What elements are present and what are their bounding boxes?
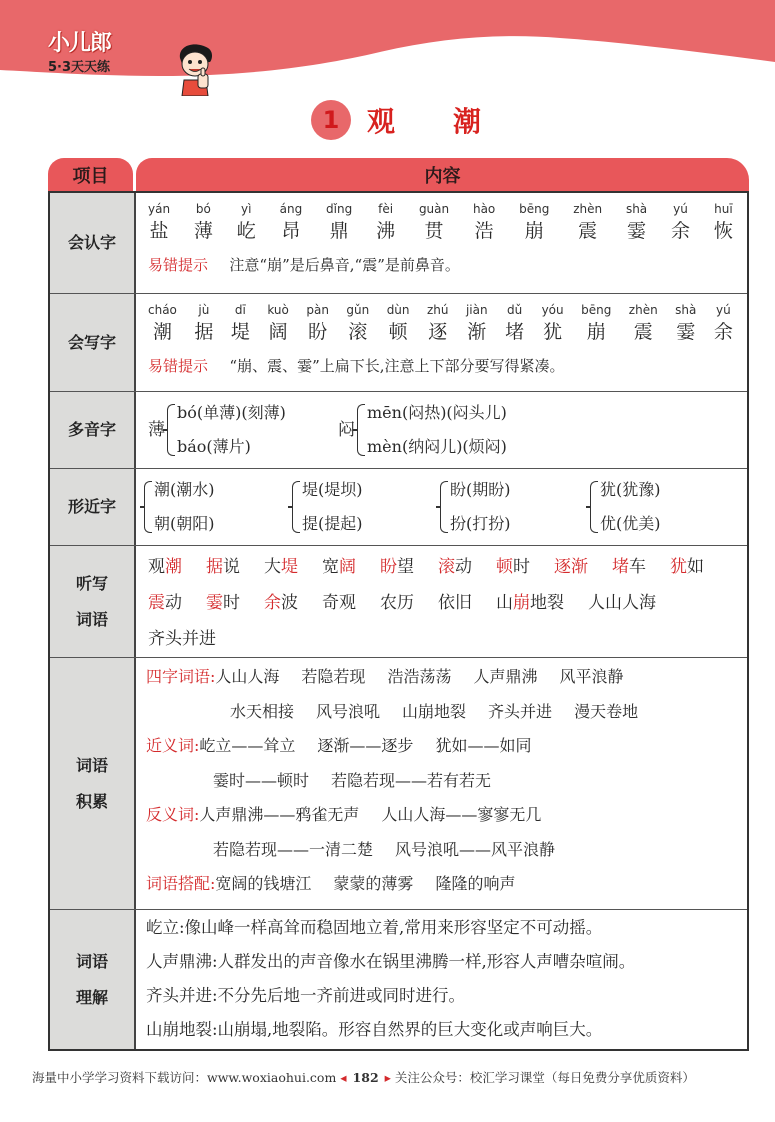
word-entry: 风号浪吼——风平浪静 [395, 840, 555, 859]
word-entry: 水天相接 [230, 702, 294, 721]
hanzi: 余 [671, 217, 690, 245]
similar-group: 盼(期盼) 扮(打扮) [440, 473, 590, 541]
word-entry: 风号浪吼 [316, 702, 380, 721]
pinyin-char: yì屹 [237, 201, 256, 245]
hanzi: 昂 [281, 217, 300, 245]
pinyin: shà [626, 201, 647, 217]
dictation-word: 奇观 [322, 593, 356, 613]
antonyms-cont: 若隐若现——一清二楚风号浪吼——风平浪静 [146, 833, 737, 868]
pinyin-char: dī堤 [231, 302, 250, 346]
synonyms: 近义词:屹立——耸立逐渐——逐步犹如——如同 [146, 729, 737, 764]
pinyin-char: zhèn震 [629, 302, 658, 346]
hanzi: 贯 [425, 217, 444, 245]
row-label: 词语 理解 [50, 910, 136, 1049]
pinyin: bēng [581, 302, 611, 318]
pinyin: dǔ [507, 302, 522, 318]
dictation-word: 滚动 [438, 557, 472, 577]
column-header-content: 内容 [136, 158, 749, 191]
tip-label: 易错提示 [148, 357, 208, 375]
similar-char-line: 犹(犹豫) [600, 473, 661, 507]
similar-group: 潮(潮水) 朝(朝阳) [144, 473, 292, 541]
four-char-words-cont: 水天相接风号浪吼山崩地裂齐头并进漫天卷地 [146, 695, 737, 730]
word-entry: 人山人海——寥寥无几 [381, 805, 541, 824]
hanzi: 盐 [150, 217, 169, 245]
pinyin-char-grid: yán盐bó薄yì屹áng昂dǐng鼎fèi沸guàn贯hào浩bēng崩zhè… [148, 201, 737, 245]
hanzi: 沸 [376, 217, 395, 245]
brace-icon [440, 481, 448, 533]
word-entry: 若隐若现——一清二楚 [213, 840, 373, 859]
category-label: 词语搭配: [146, 874, 215, 893]
polyphone-group: 薄 bó(单薄)(刻薄) báo(薄片) [148, 396, 338, 464]
row-word-understanding: 词语 理解 屹立:像山峰一样高耸而稳固地立着,常用来形容坚定不可动摇。 人声鼎沸… [50, 909, 747, 1049]
word-entry: 隆隆的响声 [435, 874, 515, 893]
hanzi: 浩 [475, 217, 494, 245]
dictation-word: 观潮 [148, 557, 182, 577]
mascot-boy-icon [174, 42, 216, 96]
footer-site-text: 海量中小学学习资料下载访问：www.woxiaohui.com [32, 1070, 336, 1085]
pinyin-char: áng昂 [280, 201, 303, 245]
pinyin-char: kuò阔 [267, 302, 289, 346]
row-word-accumulation: 词语 积累 四字词语:人山人海若隐若现浩浩荡荡人声鼎沸风平浪静 水天相接风号浪吼… [50, 657, 747, 909]
word-entry: 漫天卷地 [574, 702, 638, 721]
word-entry: 人声鼎沸 [473, 667, 537, 686]
pinyin-char: guàn贯 [419, 201, 449, 245]
hanzi: 薄 [194, 217, 213, 245]
pinyin: áng [280, 201, 303, 217]
pinyin-char-grid: cháo潮jù据dī堤kuò阔pàn盼gǔn滚dùn顿zhú逐jiàn渐dǔ堵y… [148, 302, 737, 346]
page-footer: 海量中小学学习资料下载访问：www.woxiaohui.com ◂ 182 ▸ … [32, 1068, 695, 1086]
row-label: 会写字 [50, 294, 136, 391]
row-similar-chars: 形近字 潮(潮水) 朝(朝阳) 堤(堤坝) 提(提起) [50, 468, 747, 545]
pinyin: yóu [542, 302, 564, 318]
hanzi: 堵 [505, 318, 524, 346]
label-line: 词语 [76, 602, 108, 638]
hanzi: 阔 [269, 318, 288, 346]
pinyin: zhú [427, 302, 449, 318]
page-number: 182 [353, 1070, 379, 1085]
pinyin-char: cháo潮 [148, 302, 177, 346]
word-entry: 屹立——耸立 [199, 736, 295, 755]
dictation-word: 盼望 [380, 557, 414, 577]
pinyin: fèi [378, 201, 393, 217]
word-entry: 风平浪静 [559, 667, 623, 686]
row-content: cháo潮jù据dī堤kuò阔pàn盼gǔn滚dùn顿zhú逐jiàn渐dǔ堵y… [136, 294, 747, 391]
dictation-word: 霎时 [206, 593, 240, 613]
category-label: 四字词语: [146, 667, 215, 686]
error-tip: 易错提示 注意“崩”是后鼻音,“震”是前鼻音。 [148, 251, 737, 279]
similar-group: 犹(犹豫) 优(优美) [590, 473, 661, 541]
pinyin: dùn [387, 302, 410, 318]
reading-line: mèn(纳闷儿)(烦闷) [367, 430, 507, 464]
definition-line: 人声鼎沸:人群发出的声音像水在锅里沸腾一样,形容人声嘈杂喧闹。 [146, 945, 737, 979]
row-content: 四字词语:人山人海若隐若现浩浩荡荡人声鼎沸风平浪静 水天相接风号浪吼山崩地裂齐头… [136, 658, 747, 909]
pinyin: yán [148, 201, 170, 217]
hanzi: 屹 [237, 217, 256, 245]
hanzi: 潮 [153, 318, 172, 346]
polyphone-group: 闷 mēn(闷热)(闷头儿) mèn(纳闷儿)(烦闷) [338, 396, 507, 464]
error-tip: 易错提示 “崩、震、霎”上扁下长,注意上下部分要写得紧凑。 [148, 352, 737, 380]
similar-char-line: 盼(期盼) [450, 473, 511, 507]
dictation-word: 齐头并进 [148, 629, 216, 649]
row-label: 词语 积累 [50, 658, 136, 909]
dictation-word: 顿时 [496, 557, 530, 577]
hanzi: 逐 [428, 318, 447, 346]
pinyin: zhèn [629, 302, 658, 318]
reading-line: báo(薄片) [177, 430, 286, 464]
pinyin: yú [716, 302, 731, 318]
brace-icon [357, 404, 365, 456]
pinyin-char: jù据 [194, 302, 213, 346]
row-label: 形近字 [50, 469, 136, 545]
row-write-chars: 会写字 cháo潮jù据dī堤kuò阔pàn盼gǔn滚dùn顿zhú逐jiàn渐… [50, 293, 747, 391]
similar-char-line: 朝(朝阳) [154, 507, 215, 541]
pinyin: shà [675, 302, 696, 318]
dictation-word: 余波 [264, 593, 298, 613]
row-content: 薄 bó(单薄)(刻薄) báo(薄片) 闷 mēn(闷热)(闷头儿) mèn(… [136, 392, 747, 468]
category-label: 近义词: [146, 736, 199, 755]
pinyin: guàn [419, 201, 449, 217]
hanzi: 崩 [525, 217, 544, 245]
word-entry: 若隐若现——若有若无 [331, 771, 491, 790]
dictation-word: 人山人海 [588, 593, 656, 613]
dictation-word: 大堤 [264, 557, 298, 577]
pinyin-char: yú余 [714, 302, 733, 346]
hanzi: 顿 [389, 318, 408, 346]
antonyms: 反义词:人声鼎沸——鸦雀无声人山人海——寥寥无几 [146, 798, 737, 833]
lesson-title: 1 观潮 [311, 100, 539, 140]
brace-icon [590, 481, 598, 533]
row-polyphones: 多音字 薄 bó(单薄)(刻薄) báo(薄片) 闷 mēn(闷热)(闷头儿) … [50, 391, 747, 468]
pinyin: bó [196, 201, 211, 217]
word-entry: 人山人海 [215, 667, 279, 686]
word-entry: 若隐若现 [301, 667, 365, 686]
pinyin-char: huī恢 [714, 201, 733, 245]
row-content: yán盐bó薄yì屹áng昂dǐng鼎fèi沸guàn贯hào浩bēng崩zhè… [136, 193, 747, 293]
similar-char-line: 堤(堤坝) [302, 473, 363, 507]
pinyin-char: yóu犹 [542, 302, 564, 346]
hanzi: 渐 [467, 318, 486, 346]
pinyin: kuò [267, 302, 289, 318]
pinyin-char: zhèn震 [573, 201, 602, 245]
dictation-word: 据说 [206, 557, 240, 577]
hanzi: 滚 [348, 318, 367, 346]
pinyin-char: bó薄 [194, 201, 213, 245]
pinyin-char: shà霎 [675, 302, 696, 346]
pinyin-char: dǔ堵 [505, 302, 524, 346]
dictation-word: 农历 [380, 593, 414, 613]
dictation-word: 宽阔 [322, 557, 356, 577]
pinyin-char: bēng崩 [581, 302, 611, 346]
lesson-number-badge: 1 [311, 100, 351, 140]
tip-text: “崩、震、霎”上扁下长,注意上下部分要写得紧凑。 [229, 357, 564, 375]
definition-line: 齐头并进:不分先后地一齐前进或同时进行。 [146, 979, 737, 1013]
dictation-line: 齐头并进 [148, 621, 737, 657]
label-line: 理解 [76, 980, 108, 1016]
reading-line: bó(单薄)(刻薄) [177, 396, 286, 430]
category-label: 反义词: [146, 805, 199, 824]
pinyin-char: shà霎 [626, 201, 647, 245]
collocations: 词语搭配:宽阔的钱塘江蒙蒙的薄雾隆隆的响声 [146, 867, 737, 902]
row-dictation: 听写 词语 观潮据说大堤宽阔盼望滚动顿时逐渐堵车犹如震动霎时余波奇观农历依旧山崩… [50, 545, 747, 657]
pinyin-char: fèi沸 [376, 201, 395, 245]
word-entry: 山崩地裂 [402, 702, 466, 721]
table-body: 会认字 yán盐bó薄yì屹áng昂dǐng鼎fèi沸guàn贯hào浩bēng… [48, 191, 749, 1051]
pinyin: gǔn [346, 302, 369, 318]
similar-char-line: 优(优美) [600, 507, 661, 541]
arrow-left-icon: ◂ [340, 1070, 346, 1085]
word-entry: 犹如——如同 [435, 736, 531, 755]
brand-subtitle: 5·3天天练 [48, 56, 110, 75]
brand-logo: 小儿郎 5·3天天练 [46, 22, 166, 82]
similar-char-line: 扮(打扮) [450, 507, 511, 541]
definition-line: 屹立:像山峰一样高耸而稳固地立着,常用来形容坚定不可动摇。 [146, 911, 737, 945]
pinyin: dǐng [326, 201, 352, 217]
word-entry: 蒙蒙的薄雾 [333, 874, 413, 893]
dictation-word: 依旧 [438, 593, 472, 613]
pinyin: dī [235, 302, 246, 318]
row-content: 观潮据说大堤宽阔盼望滚动顿时逐渐堵车犹如震动霎时余波奇观农历依旧山崩地裂人山人海… [136, 546, 747, 657]
brace-icon [292, 481, 300, 533]
similar-group: 堤(堤坝) 提(提起) [292, 473, 440, 541]
row-label: 多音字 [50, 392, 136, 468]
four-char-words: 四字词语:人山人海若隐若现浩浩荡荡人声鼎沸风平浪静 [146, 660, 737, 695]
pinyin-char: zhú逐 [427, 302, 449, 346]
dictation-word: 震动 [148, 593, 182, 613]
row-recognize-chars: 会认字 yán盐bó薄yì屹áng昂dǐng鼎fèi沸guàn贯hào浩bēng… [50, 193, 747, 293]
hanzi: 堤 [231, 318, 250, 346]
hanzi: 鼎 [330, 217, 349, 245]
pinyin: pàn [306, 302, 329, 318]
row-content: 潮(潮水) 朝(朝阳) 堤(堤坝) 提(提起) 盼(期盼) 扮(打扮) [136, 469, 747, 545]
pinyin: cháo [148, 302, 177, 318]
summary-table: 项目 内容 会认字 yán盐bó薄yì屹áng昂dǐng鼎fèi沸guàn贯hà… [48, 158, 749, 1051]
pinyin-char: pàn盼 [306, 302, 329, 346]
hanzi: 霎 [627, 217, 646, 245]
dictation-line: 观潮据说大堤宽阔盼望滚动顿时逐渐堵车犹如 [148, 549, 737, 585]
hanzi: 余 [714, 318, 733, 346]
row-label: 会认字 [50, 193, 136, 293]
label-line: 积累 [76, 784, 108, 820]
dictation-word: 犹如 [670, 557, 704, 577]
row-label: 听写 词语 [50, 546, 136, 657]
hanzi: 恢 [714, 217, 733, 245]
reading-line: mēn(闷热)(闷头儿) [367, 396, 507, 430]
pinyin-char: dùn顿 [387, 302, 410, 346]
pinyin: jiàn [466, 302, 488, 318]
tip-label: 易错提示 [148, 256, 208, 274]
column-header-item: 项目 [48, 158, 133, 191]
tip-text: 注意“崩”是后鼻音,“震”是前鼻音。 [229, 256, 459, 274]
pinyin-char: hào浩 [473, 201, 495, 245]
word-entry: 齐头并进 [488, 702, 552, 721]
pinyin: bēng [519, 201, 549, 217]
hanzi: 震 [578, 217, 597, 245]
hanzi: 崩 [587, 318, 606, 346]
pinyin: huī [714, 201, 733, 217]
dictation-line: 震动霎时余波奇观农历依旧山崩地裂人山人海 [148, 585, 737, 621]
row-content: 屹立:像山峰一样高耸而稳固地立着,常用来形容坚定不可动摇。 人声鼎沸:人群发出的… [136, 910, 747, 1049]
table-header: 项目 内容 [48, 158, 749, 191]
arrow-right-icon: ▸ [385, 1070, 391, 1085]
pinyin-char: dǐng鼎 [326, 201, 352, 245]
pinyin: zhèn [573, 201, 602, 217]
similar-char-line: 提(提起) [302, 507, 363, 541]
label-line: 听写 [76, 566, 108, 602]
pinyin: yì [241, 201, 251, 217]
synonyms-cont: 霎时——顿时若隐若现——若有若无 [146, 764, 737, 799]
dictation-word: 山崩地裂 [496, 593, 564, 613]
word-entry: 逐渐——逐步 [317, 736, 413, 755]
brace-icon [144, 481, 152, 533]
lesson-name: 观潮 [367, 100, 539, 140]
brand-name: 小儿郎 [48, 26, 111, 57]
hanzi: 霎 [676, 318, 695, 346]
pinyin-char: yú余 [671, 201, 690, 245]
brace-icon [167, 404, 175, 456]
pinyin: hào [473, 201, 495, 217]
word-entry: 浩浩荡荡 [387, 667, 451, 686]
hanzi: 盼 [308, 318, 327, 346]
dictation-word: 堵车 [612, 557, 646, 577]
pinyin: jù [198, 302, 209, 318]
footer-wechat-text: 关注公众号：校汇学习课堂（每日免费分享优质资料） [395, 1070, 695, 1085]
pinyin-char: gǔn滚 [346, 302, 369, 346]
hanzi: 震 [634, 318, 653, 346]
label-line: 词语 [76, 944, 108, 980]
hanzi: 据 [194, 318, 213, 346]
word-entry: 宽阔的钱塘江 [215, 874, 311, 893]
hanzi: 犹 [543, 318, 562, 346]
dictation-word: 逐渐 [554, 557, 588, 577]
pinyin-char: jiàn渐 [466, 302, 488, 346]
pinyin: yú [673, 201, 688, 217]
similar-char-line: 潮(潮水) [154, 473, 215, 507]
definition-line: 山崩地裂:山崩塌,地裂陷。形容自然界的巨大变化或声响巨大。 [146, 1013, 737, 1047]
pinyin-char: yán盐 [148, 201, 170, 245]
word-entry: 人声鼎沸——鸦雀无声 [199, 805, 359, 824]
pinyin-char: bēng崩 [519, 201, 549, 245]
label-line: 词语 [76, 748, 108, 784]
word-entry: 霎时——顿时 [213, 771, 309, 790]
